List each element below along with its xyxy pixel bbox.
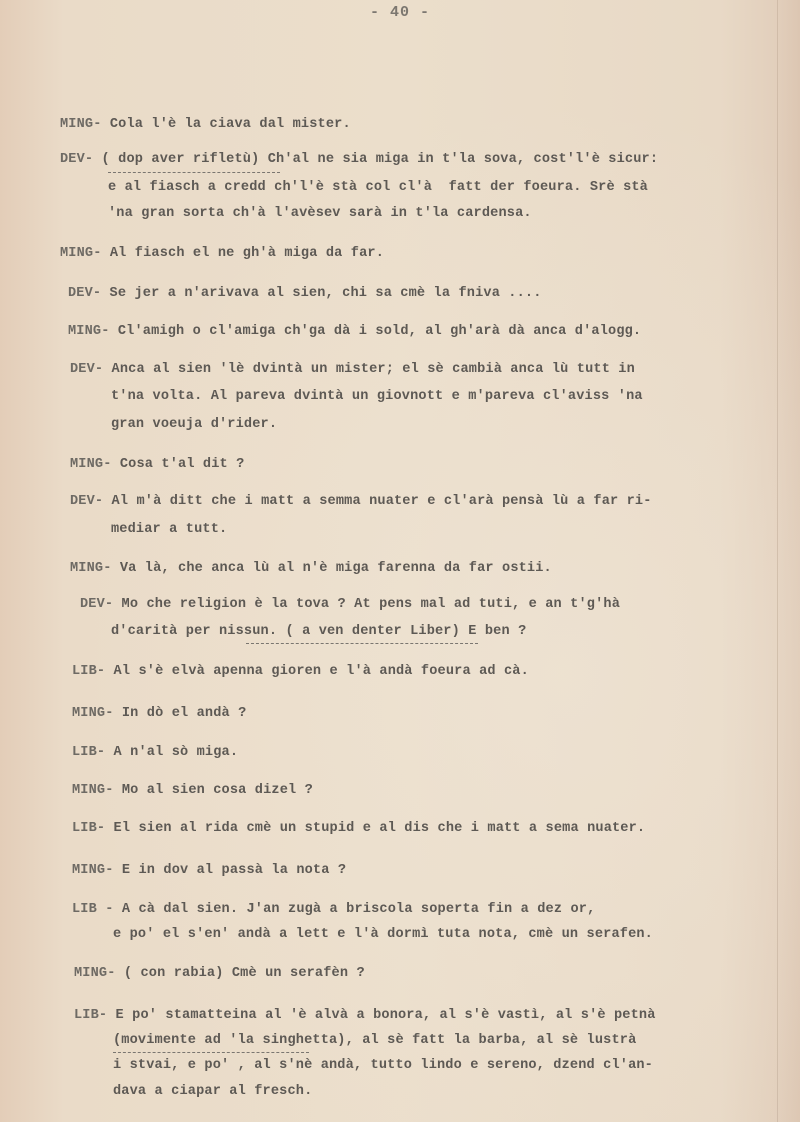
dialogue-continuation: gran voeuja d'rider. [111, 417, 277, 432]
dialogue-line: MING- Cosa t'al dit ? [70, 457, 244, 472]
speaker-label: DEV- [70, 494, 103, 509]
dialogue-text: Se jer a n'arivava al sien, chi sa cmè l… [110, 286, 542, 301]
dialogue-text: A n'al sò miga. [114, 745, 239, 760]
dialogue-continuation: mediar a tutt. [111, 522, 227, 537]
dialogue-line: DEV- Se jer a n'arivava al sien, chi sa … [68, 286, 542, 301]
dialogue-text: ( dop aver rifletù) Ch'al ne sia miga in… [102, 152, 659, 167]
speaker-label: MING- [60, 117, 102, 132]
dialogue-text: Mo al sien cosa dizel ? [122, 783, 313, 798]
dialogue-text: E po' stamatteina al 'è alvà a bonora, a… [116, 1008, 656, 1023]
speaker-label: MING- [72, 706, 114, 721]
dialogue-line: MING- Cola l'è la ciava dal mister. [60, 117, 351, 132]
dialogue-line: MING- E in dov al passà la nota ? [72, 863, 346, 878]
dialogue-text: El sien al rida cmè un stupid e al dis c… [114, 821, 646, 836]
speaker-label: MING- [68, 324, 110, 339]
dialogue-line: MING- Va là, che anca lù al n'è miga far… [70, 561, 552, 576]
speaker-label: MING- [70, 457, 112, 472]
dialogue-continuation: dava a ciapar al fresch. [113, 1084, 312, 1099]
dialogue-continuation: (movimente ad 'la singhetta), al sè fatt… [113, 1033, 636, 1048]
dialogue-line: LIB- El sien al rida cmè un stupid e al … [72, 821, 645, 836]
dialogue-line: MING- Cl'amigh o cl'amiga ch'ga dà i sol… [68, 324, 641, 339]
speaker-label: MING- [70, 561, 112, 576]
dialogue-text: Va là, che anca lù al n'è miga farenna d… [120, 561, 552, 576]
dialogue-line: MING- ( con rabia) Cmè un serafèn ? [74, 966, 365, 981]
dialogue-text: ( con rabia) Cmè un serafèn ? [124, 966, 365, 981]
speaker-label: MING- [72, 863, 114, 878]
speaker-label: LIB- [72, 745, 105, 760]
dialogue-continuation: e po' el s'en' andà a lett e l'à dormì t… [113, 927, 653, 942]
speaker-label: LIB- [74, 1008, 107, 1023]
dialogue-line: MING- In dò el andà ? [72, 706, 246, 721]
dialogue-continuation: 'na gran sorta ch'à l'avèsev sarà in t'l… [108, 206, 532, 221]
speaker-label: LIB- [72, 664, 105, 679]
dialogue-line: LIB- E po' stamatteina al 'è alvà a bono… [74, 1008, 656, 1023]
speaker-label: DEV- [70, 362, 103, 377]
dialogue-text: Cl'amigh o cl'amiga ch'ga dà i sold, al … [118, 324, 641, 339]
stage-direction-underline [108, 172, 280, 173]
stage-direction-underline [113, 1052, 309, 1053]
dialogue-line: DEV- ( dop aver rifletù) Ch'al ne sia mi… [60, 152, 658, 167]
speaker-label: DEV- [68, 286, 101, 301]
dialogue-text: Cola l'è la ciava dal mister. [110, 117, 351, 132]
dialogue-text: Al fiasch el ne gh'à miga da far. [110, 246, 384, 261]
dialogue-continuation: t'na volta. Al pareva dvintà un giovnott… [111, 389, 643, 404]
speaker-label: DEV- [60, 152, 93, 167]
dialogue-text: Anca al sien 'lè dvintà un mister; el sè… [112, 362, 635, 377]
dialogue-line: DEV- Mo che religion è la tova ? At pens… [80, 597, 620, 612]
speaker-label: LIB- [72, 821, 105, 836]
dialogue-text: E in dov al passà la nota ? [122, 863, 346, 878]
dialogue-text: Al s'è elvà apenna gioren e l'à andà foe… [114, 664, 529, 679]
dialogue-line: LIB- A n'al sò miga. [72, 745, 238, 760]
speaker-label: MING- [72, 783, 114, 798]
page-number: - 40 - [0, 4, 800, 21]
dialogue-text: In dò el andà ? [122, 706, 247, 721]
dialogue-text: Cosa t'al dit ? [120, 457, 245, 472]
dialogue-line: LIB - A cà dal sien. J'an zugà a briscol… [72, 902, 595, 917]
dialogue-continuation: i stvai, e po' , al s'nè andà, tutto lin… [113, 1058, 653, 1073]
dialogue-line: DEV- Anca al sien 'lè dvintà un mister; … [70, 362, 635, 377]
typewritten-page: - 40 - MING- Cola l'è la ciava dal miste… [0, 0, 800, 1122]
speaker-label: MING- [74, 966, 116, 981]
dialogue-line: LIB- Al s'è elvà apenna gioren e l'à and… [72, 664, 529, 679]
dialogue-text: Mo che religion è la tova ? At pens mal … [122, 597, 620, 612]
dialogue-line: DEV- Al m'à ditt che i matt a semma nuat… [70, 494, 652, 509]
speaker-label: LIB - [72, 902, 114, 917]
speaker-label: DEV- [80, 597, 113, 612]
dialogue-line: MING- Mo al sien cosa dizel ? [72, 783, 313, 798]
speaker-label: MING- [60, 246, 102, 261]
dialogue-text: A cà dal sien. J'an zugà a briscola sope… [122, 902, 596, 917]
dialogue-line: MING- Al fiasch el ne gh'à miga da far. [60, 246, 384, 261]
dialogue-text: Al m'à ditt che i matt a semma nuater e … [112, 494, 652, 509]
dialogue-continuation: d'carità per nissun. ( a ven denter Libe… [111, 624, 526, 639]
dialogue-continuation: e al fiasch a credd ch'l'è stà col cl'à … [108, 180, 648, 195]
stage-direction-underline [246, 643, 478, 644]
